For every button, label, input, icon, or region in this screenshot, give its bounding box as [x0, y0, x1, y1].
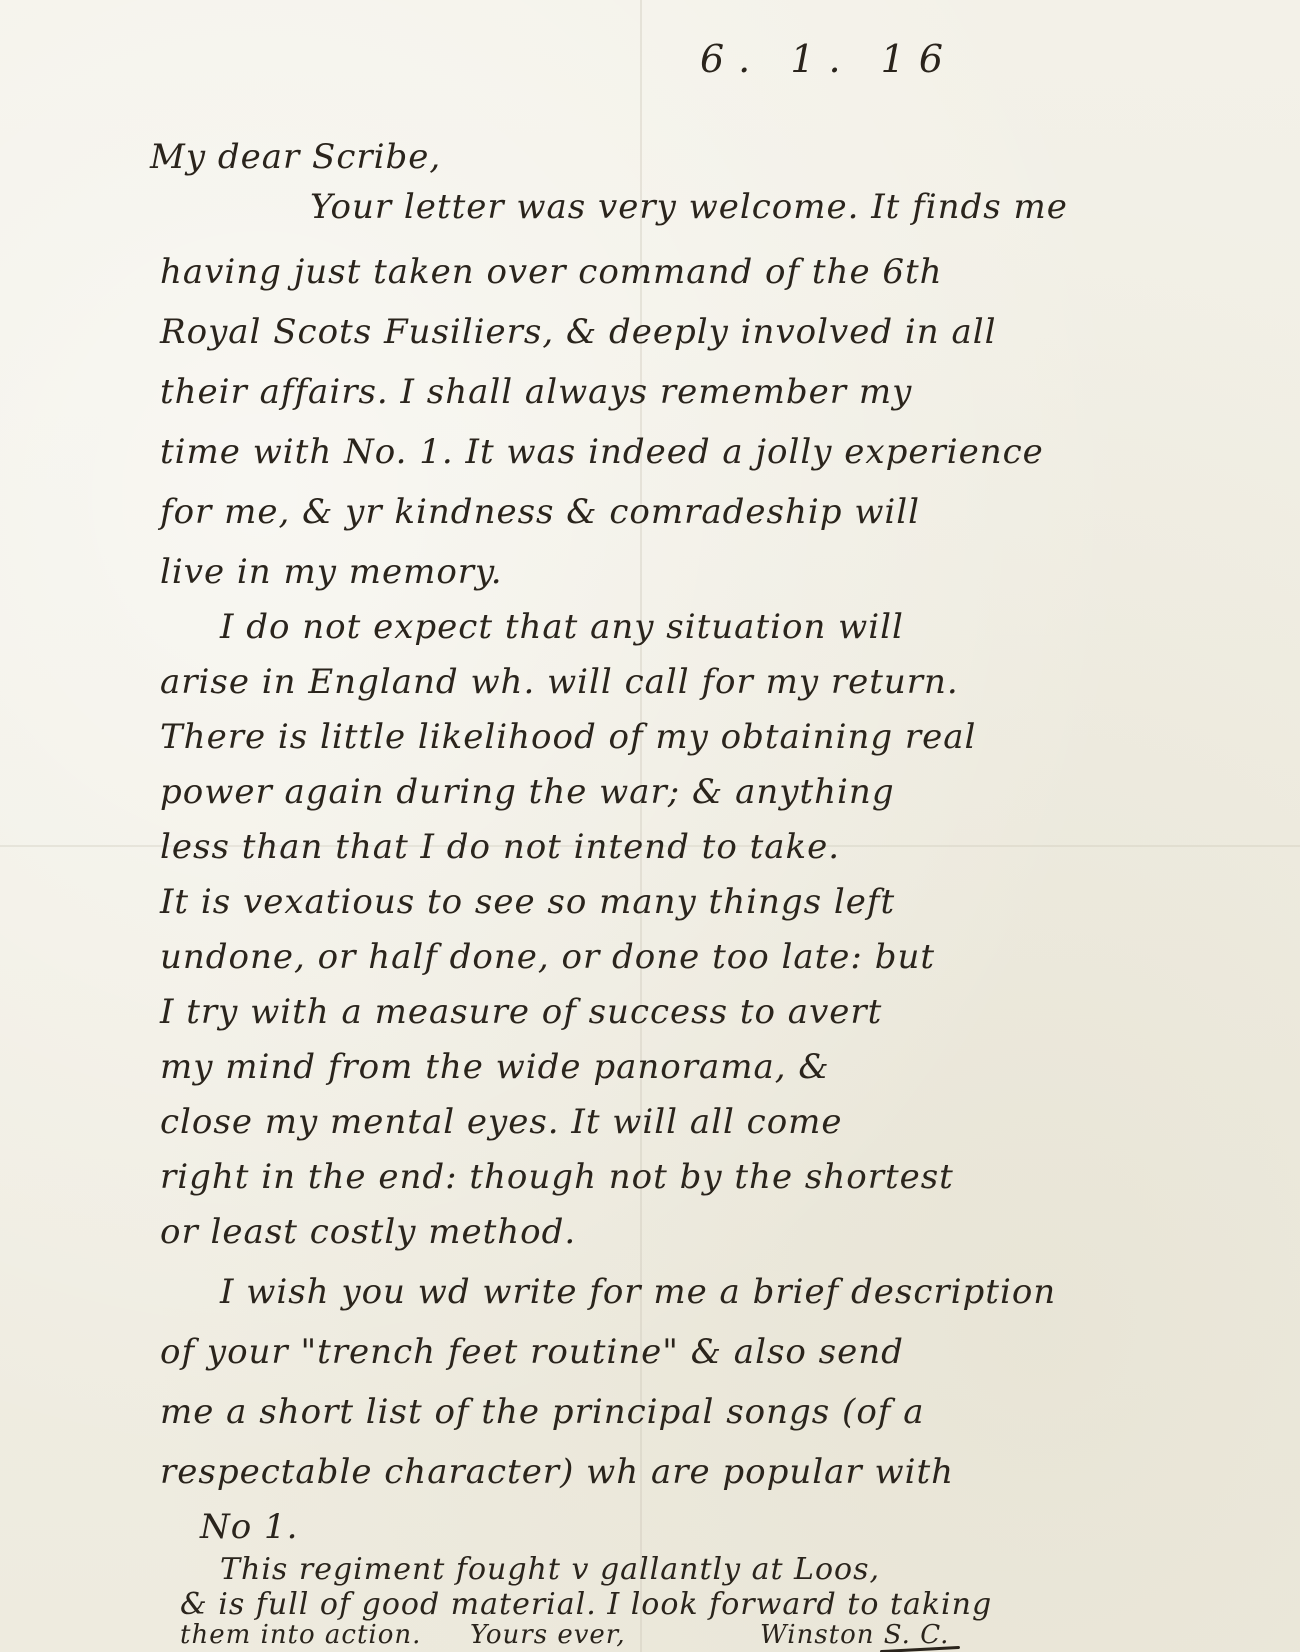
letter-line: less than that I do not intend to take.	[160, 830, 840, 864]
letter-line: arise in England wh. will call for my re…	[160, 665, 959, 699]
letter-line: of your "trench feet routine" & also sen…	[160, 1335, 904, 1369]
letter-line: time with No. 1. It was indeed a jolly e…	[160, 435, 1044, 469]
letter-line: I wish you wd write for me a brief descr…	[220, 1275, 1056, 1309]
letter-line: their affairs. I shall always remember m…	[160, 375, 912, 409]
letter-date: 6. 1. 16	[700, 40, 957, 78]
letter-line: or least costly method.	[160, 1215, 576, 1249]
letter-line: for me, & yr kindness & comradeship will	[160, 495, 920, 529]
letter-line: having just taken over command of the 6t…	[160, 255, 943, 289]
letter-line: them into action.	[180, 1622, 421, 1648]
letter-line: live in my memory.	[160, 555, 503, 589]
letter-line: close my mental eyes. It will all come	[160, 1105, 843, 1139]
letter-line: power again during the war; & anything	[160, 775, 895, 809]
letter-line: me a short list of the principal songs (…	[160, 1395, 924, 1429]
letter-line: No 1.	[200, 1510, 298, 1544]
letter-line: This regiment fought v gallantly at Loos…	[220, 1555, 880, 1585]
letter-line: & is full of good material. I look forwa…	[180, 1590, 992, 1620]
letter-line: Your letter was very welcome. It finds m…	[310, 190, 1068, 224]
closing: Yours ever,	[470, 1622, 626, 1648]
salutation: My dear Scribe,	[150, 140, 441, 174]
letter-line: It is vexatious to see so many things le…	[160, 885, 895, 919]
letter-line: I try with a measure of success to avert	[160, 995, 882, 1029]
letter-line: Royal Scots Fusiliers, & deeply involved…	[160, 315, 997, 349]
signature: Winston S. C.	[760, 1622, 949, 1648]
letter-line: right in the end: though not by the shor…	[160, 1160, 954, 1194]
letter-line: I do not expect that any situation will	[220, 610, 904, 644]
letter-line: undone, or half done, or done too late: …	[160, 940, 935, 974]
letter-line: There is little likelihood of my obtaini…	[160, 720, 976, 754]
letter-line: my mind from the wide panorama, &	[160, 1050, 830, 1084]
letter-line: respectable character) wh are popular wi…	[160, 1455, 954, 1489]
